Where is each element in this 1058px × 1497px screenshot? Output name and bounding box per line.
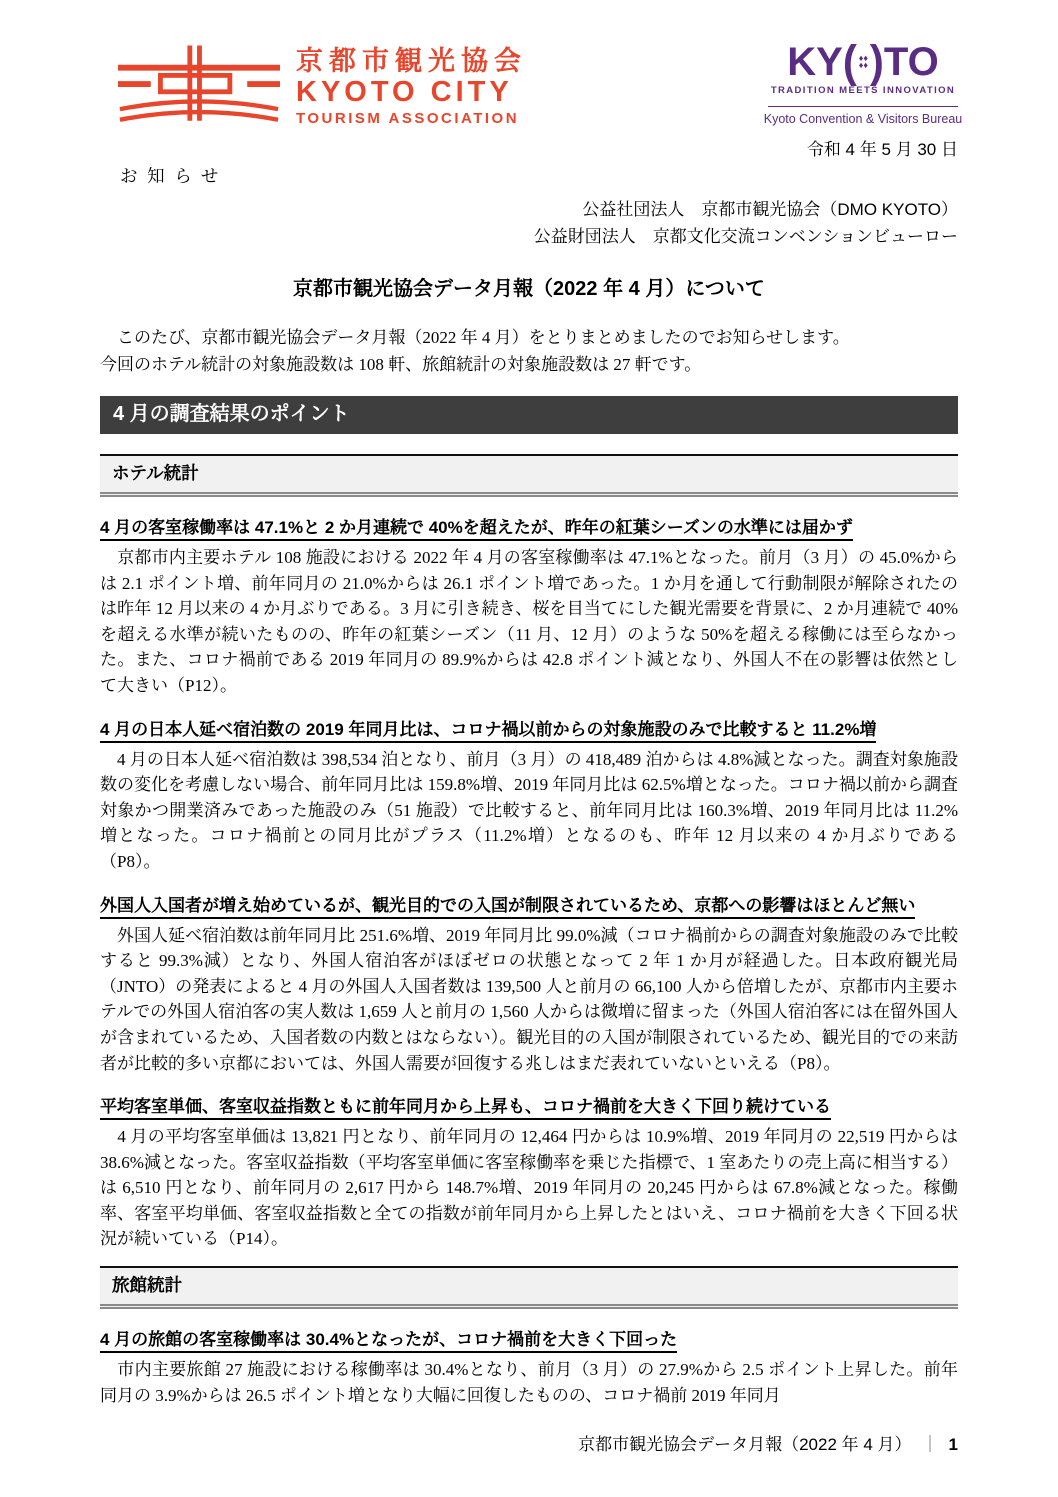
page-footer: 京都市観光協会データ月報（2022 年 4 月）｜1 — [578, 1433, 958, 1457]
kcvb-word-start: KY — [787, 42, 843, 82]
kyoto-city-tourism-association-logo: 京都市観光協会 KYOTO CITY TOURISM ASSOCIATION — [118, 44, 527, 128]
document-title: 京都市観光協会データ月報（2022 年 4 月）について — [100, 276, 958, 302]
footer-doc-title: 京都市観光協会データ月報（2022 年 4 月） — [578, 1435, 911, 1454]
ryokan-point-1-heading: 4 月の旅館の客室稼働率は 30.4%となったが、コロナ禍前を大きく下回った — [100, 1328, 958, 1352]
kcta-logo-en-line1: KYOTO CITY — [296, 76, 527, 109]
hotel-point-1-body: 京都市内主要ホテル 108 施設における 2022 年 4 月の客室稼働率は 4… — [100, 545, 958, 699]
press-release-page: 京都市観光協会 KYOTO CITY TOURISM ASSOCIATION K… — [0, 0, 1058, 1497]
org-line-2: 公益財団法人 京都文化交流コンベンションビューロー — [100, 223, 958, 250]
masthead: 京都市観光協会 KYOTO CITY TOURISM ASSOCIATION K… — [100, 44, 958, 128]
kcvb-paren-open: ( — [843, 41, 857, 83]
hotel-point-1-heading: 4 月の客室稼働率は 47.1%と 2 か月連続で 40%を超えたが、昨年の紅葉… — [100, 516, 958, 540]
intro-line-2: 今回のホテル統計の対象施設数は 108 軒、旅館統計の対象施設数は 27 軒です… — [100, 351, 958, 378]
intro-line-1: このたび、京都市観光協会データ月報（2022 年 4 月）をとりまとめましたので… — [100, 324, 958, 351]
hotel-point-4-body: 4 月の平均客室単価は 13,821 円となり、前年同月の 12,464 円から… — [100, 1124, 958, 1252]
kyoto-wordmark: KY(♦♦♦♦)TO — [787, 42, 938, 82]
kcvb-tagline: TRADITION MEETS INNOVATION — [771, 85, 955, 96]
kcvb-caption: Kyoto Convention & Visitors Bureau — [764, 112, 963, 126]
issuing-organizations: 公益社団法人 京都市観光協会（DMO KYOTO） 公益財団法人 京都文化交流コ… — [100, 196, 958, 250]
issue-date: 令和 4 年 5 月 30 日 — [100, 138, 958, 162]
diamond-column-icon: ♦♦♦♦ — [858, 55, 869, 69]
kcta-logo-en-line2: TOURISM ASSOCIATION — [296, 109, 527, 128]
subsection-hotel-statistics: ホテル統計 — [100, 454, 958, 497]
kcvb-word-end: TO — [884, 42, 939, 82]
kcvb-paren-close: ) — [870, 41, 884, 83]
intro-paragraph: このたび、京都市観光協会データ月報（2022 年 4 月）をとりまとめましたので… — [100, 324, 958, 378]
ryokan-point-1-body: 市内主要旅館 27 施設における稼働率は 30.4%となり、前月（3 月）の 2… — [100, 1357, 958, 1408]
page-number: 1 — [949, 1435, 958, 1454]
footer-separator: ｜ — [922, 1435, 939, 1454]
kyoto-kanji-mark-icon — [118, 44, 280, 128]
hotel-point-3-body: 外国人延べ宿泊数は前年同月比 251.6%増、2019 年同月比 99.0%減（… — [100, 923, 958, 1077]
hotel-point-4-heading: 平均客室単価、客室収益指数ともに前年同月から上昇も、コロナ禍前を大きく下回り続け… — [100, 1095, 958, 1119]
hotel-point-2-heading: 4 月の日本人延べ宿泊数の 2019 年同月比は、コロナ禍以前からの対象施設のみ… — [100, 718, 958, 742]
kyoto-convention-visitors-bureau-logo: KY(♦♦♦♦)TO TRADITION MEETS INNOVATION Ky… — [768, 42, 958, 126]
kcta-logo-text: 京都市観光協会 KYOTO CITY TOURISM ASSOCIATION — [296, 44, 527, 128]
org-line-1: 公益社団法人 京都市観光協会（DMO KYOTO） — [100, 196, 958, 223]
hotel-point-2-body: 4 月の日本人延べ宿泊数は 398,534 泊となり、前月（3 月）の 418,… — [100, 747, 958, 875]
section-banner-april-survey-points: 4 月の調査結果のポイント — [100, 396, 958, 434]
notice-label: お知らせ — [120, 164, 958, 188]
kcta-logo-jp: 京都市観光協会 — [296, 46, 527, 76]
subsection-ryokan-statistics: 旅館統計 — [100, 1266, 958, 1309]
hotel-point-3-heading: 外国人入国者が増え始めているが、観光目的での入国が制限されているため、京都への影… — [100, 894, 958, 918]
kcvb-divider — [768, 106, 958, 107]
